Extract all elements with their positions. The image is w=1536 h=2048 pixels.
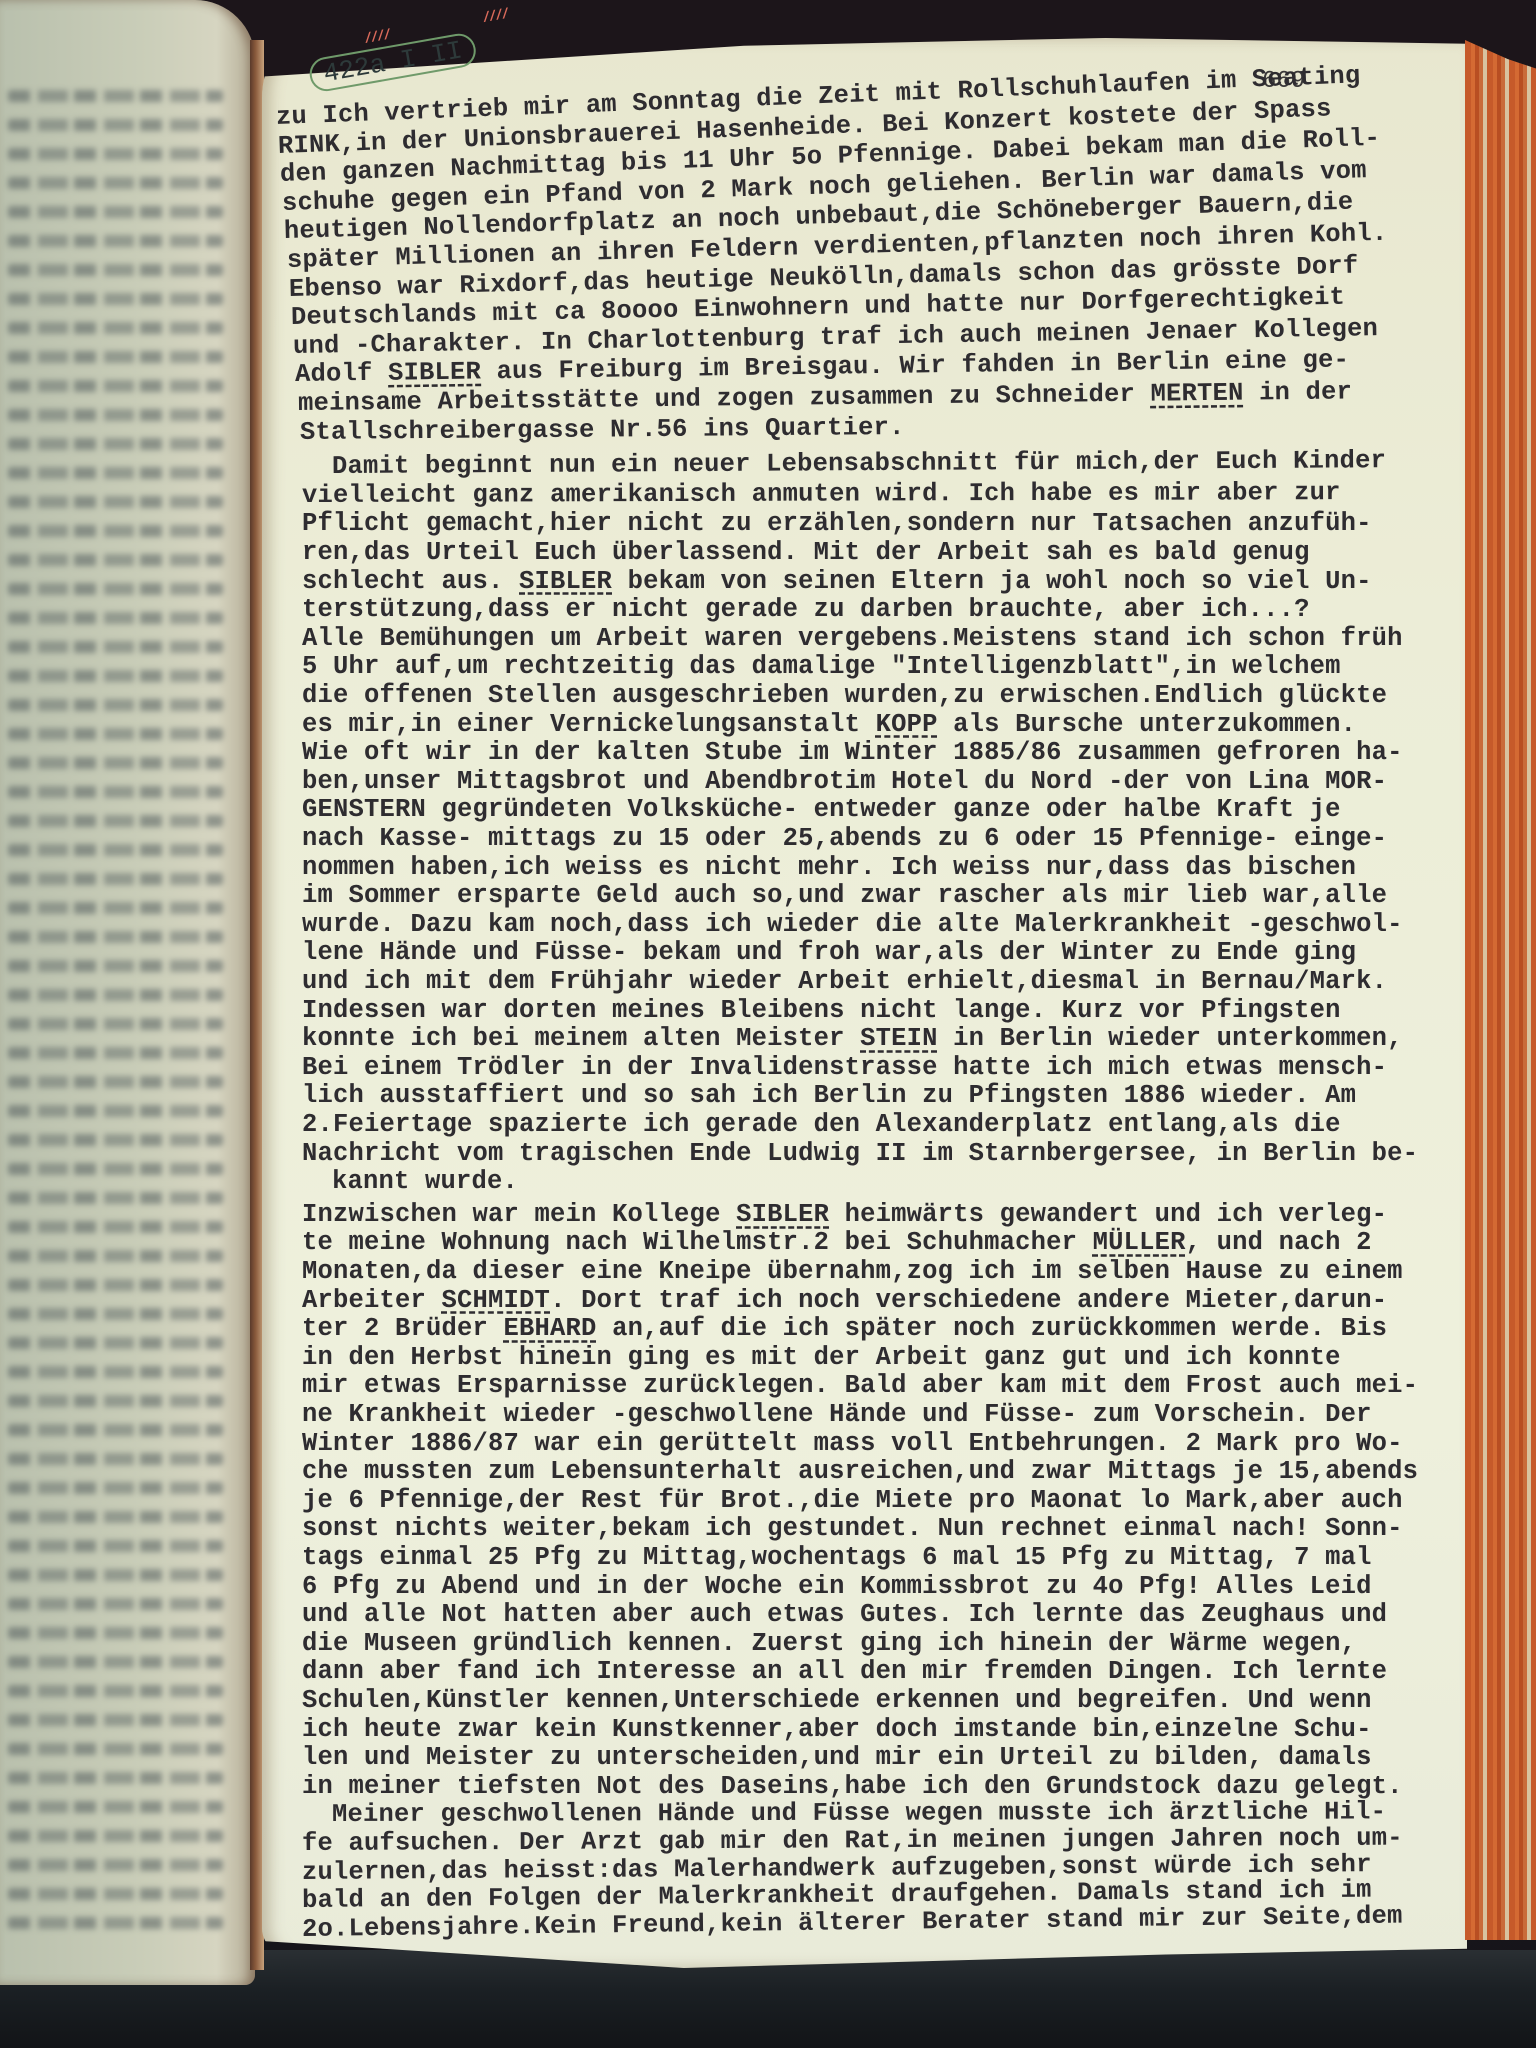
text-line: ren,das Urteil Euch überlassend. Mit der… <box>302 538 1310 567</box>
text-line: Damit beginnt nun ein neuer Lebensabschn… <box>332 446 1386 481</box>
text-line: 5 Uhr auf,um rechtzeitig das damalige "I… <box>302 652 1341 681</box>
text-line: kannt wurde. <box>332 1167 518 1196</box>
text-line: Nachricht vom tragischen Ende Ludwig II … <box>302 1139 1418 1168</box>
text-line: terstützung,dass er nicht gerade zu darb… <box>302 595 1310 624</box>
text-line: dann aber fand ich Interesse an all den … <box>302 1657 1387 1686</box>
text-line: ben,unser Mittagsbrot und Abendbrotim Ho… <box>302 767 1387 796</box>
text-line: Monaten,da dieser eine Kneipe übernahm,z… <box>302 1257 1403 1286</box>
left-page-blurred <box>0 0 255 1985</box>
text-line: Stallschreibergasse Nr.56 ins Quartier. <box>300 413 905 447</box>
text-line: che mussten zum Lebensunterhalt ausreich… <box>302 1457 1418 1486</box>
text-line: im Sommer ersparte Geld auch so,und zwar… <box>302 881 1387 910</box>
text-line: Wie oft wir in der kalten Stube im Winte… <box>302 738 1403 767</box>
text-line: Schulen,Künstler kennen,Unterschiede erk… <box>302 1686 1372 1715</box>
text-line: vielleicht ganz amerikanisch anmuten wir… <box>302 478 1341 510</box>
text-line: die Museen gründlich kennen. Zuerst ging… <box>302 1629 1356 1658</box>
text-line: GENSTERN gegründeten Volksküche- entwede… <box>302 795 1341 824</box>
underlined-name: SIBLER <box>519 567 612 596</box>
text-line: Bei einem Trödler in der Invalidenstrass… <box>302 1053 1387 1082</box>
underlined-name: MERTEN <box>1150 379 1243 409</box>
text-line: konnte ich bei meinem alten Meister STEI… <box>302 1024 1403 1053</box>
text-line: sonst nichts weiter,bekam ich gestundet.… <box>302 1514 1403 1543</box>
text-line: tags einmal 25 Pfg zu Mittag,wochentags … <box>302 1543 1372 1572</box>
text-line: len und Meister zu unterscheiden,und mir… <box>302 1743 1372 1772</box>
text-line: Winter 1886/87 war ein gerüttelt mass vo… <box>302 1429 1403 1458</box>
text-line: ne Krankheit wieder -geschwollene Hände … <box>302 1400 1372 1429</box>
underlined-name: SCHMIDT <box>442 1286 551 1315</box>
text-line: wurde. Dazu kam noch,dass ich wieder die… <box>302 910 1403 939</box>
page-block-edge <box>1465 40 1536 1940</box>
underlined-name: STEIN <box>860 1024 938 1053</box>
text-line: te meine Wohnung nach Wilhelmstr.2 bei S… <box>302 1228 1372 1257</box>
text-line: die offenen Stellen ausgeschrieben wurde… <box>302 681 1387 710</box>
underlined-name: KOPP <box>876 710 938 739</box>
text-line: Indessen war dorten meines Bleibens nich… <box>302 996 1341 1025</box>
text-line: es mir,in einer Vernickelungsanstalt KOP… <box>302 710 1356 739</box>
text-line: je 6 Pfennige,der Rest für Brot.,die Mie… <box>302 1486 1403 1515</box>
underlined-name: SIBLER <box>736 1200 829 1229</box>
text-line: schlecht aus. SIBLER bekam von seinen El… <box>302 567 1372 596</box>
circled-reference: 422a I II <box>307 31 479 94</box>
text-line: Pflicht gemacht,hier nicht zu erzählen,s… <box>302 509 1372 538</box>
red-hatch-mark: //// <box>363 28 391 48</box>
text-line: und alle Not hatten aber auch etwas Gute… <box>302 1600 1387 1629</box>
margin-annotation: //// //// 422a I II <box>307 31 479 94</box>
text-line: lene Hände und Füsse- bekam und froh war… <box>302 938 1356 967</box>
text-line: 2.Feiertage spazierte ich gerade den Ale… <box>302 1110 1341 1139</box>
text-line: Inzwischen war mein Kollege SIBLER heimw… <box>302 1200 1387 1229</box>
text-line: Alle Bemühungen um Arbeit waren vergeben… <box>302 624 1403 653</box>
text-line: Arbeiter SCHMIDT. Dort traf ich noch ver… <box>302 1286 1387 1315</box>
text-line: ter 2 Brüder EBHARD an,auf die ich späte… <box>302 1314 1387 1343</box>
underlined-name: EBHARD <box>504 1314 597 1343</box>
text-line: und ich mit dem Frühjahr wieder Arbeit e… <box>302 967 1387 996</box>
text-line: mir etwas Ersparnisse zurücklegen. Bald … <box>302 1371 1418 1400</box>
text-line: in meiner tiefsten Not des Daseins,habe … <box>302 1772 1403 1801</box>
underlined-name: MÜLLER <box>1093 1228 1186 1257</box>
left-page-text-blurred <box>8 90 223 1905</box>
text-line: lich ausstaffiert und so sah ich Berlin … <box>302 1081 1356 1110</box>
text-line: nommen haben,ich weiss es nicht mehr. Ic… <box>302 853 1356 882</box>
right-page-content: //// //// 422a I II 669 zu Ich vertrieb … <box>262 38 1467 1968</box>
text-line: nach Kasse- mittags zu 15 oder 25,abends… <box>302 824 1387 853</box>
text-line: 6 Pfg zu Abend und in der Woche ein Komm… <box>302 1572 1372 1601</box>
underlined-name: SIBLER <box>388 358 481 388</box>
text-line: in den Herbst hinein ging es mit der Arb… <box>302 1343 1341 1372</box>
text-line: ich heute zwar kein Kunstkenner,aber doc… <box>302 1715 1372 1744</box>
